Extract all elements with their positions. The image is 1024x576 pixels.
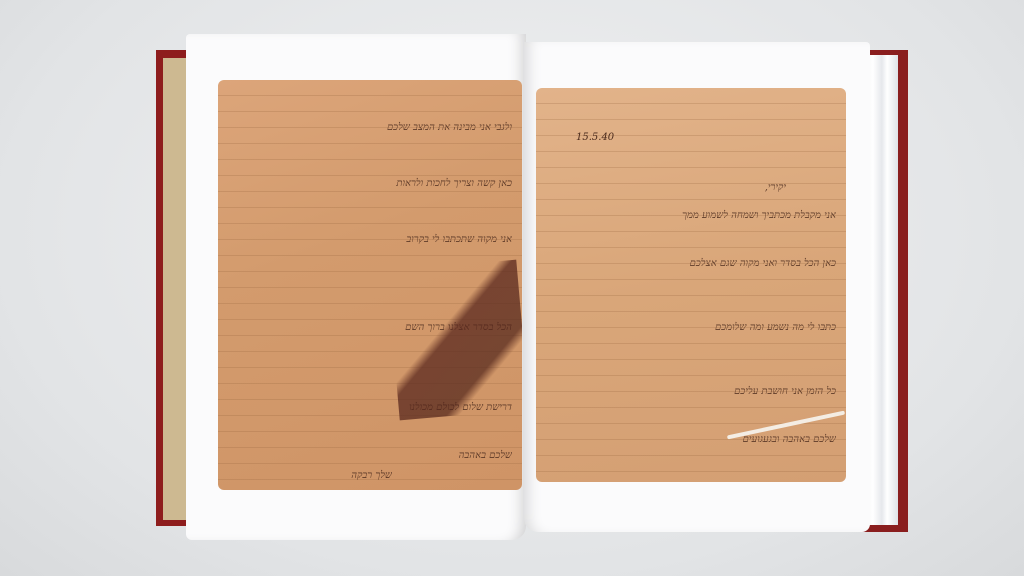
letter-line: כל הזמן אני חושבת עליכם: [546, 384, 836, 400]
letter-line: ולגבי אני מבינה את המצב שלכם: [228, 120, 512, 136]
letter-line: כאן קשה וצריך לחכות ולראות: [228, 176, 512, 192]
right-letter-facsimile: 15.5.40 יקירי, אני מקבלת מכתביך ושמחה לש…: [536, 88, 846, 482]
signature: שלך רבקה: [351, 468, 392, 484]
letter-line: שלכם באהבה ובגעגועים: [546, 432, 836, 448]
letter-line: אני מקוה שתכתבו לי בקרוב: [228, 232, 512, 248]
salutation: יקירי,: [546, 180, 786, 196]
left-letter-facsimile: ולגבי אני מבינה את המצב שלכם כאן קשה וצר…: [218, 80, 522, 490]
letter-line: כתבו לי מה נשמע ומה שלומכם: [546, 320, 836, 336]
letter-date: 15.5.40: [576, 132, 614, 143]
letter-line: שלכם באהבה: [228, 448, 512, 464]
letter-line: כאן הכל בסדר ואני מקוה שגם אצלכם: [546, 256, 836, 272]
letter-line: אני מקבלת מכתביך ושמחה לשמוע ממך: [546, 208, 836, 224]
water-stain: [387, 260, 522, 421]
